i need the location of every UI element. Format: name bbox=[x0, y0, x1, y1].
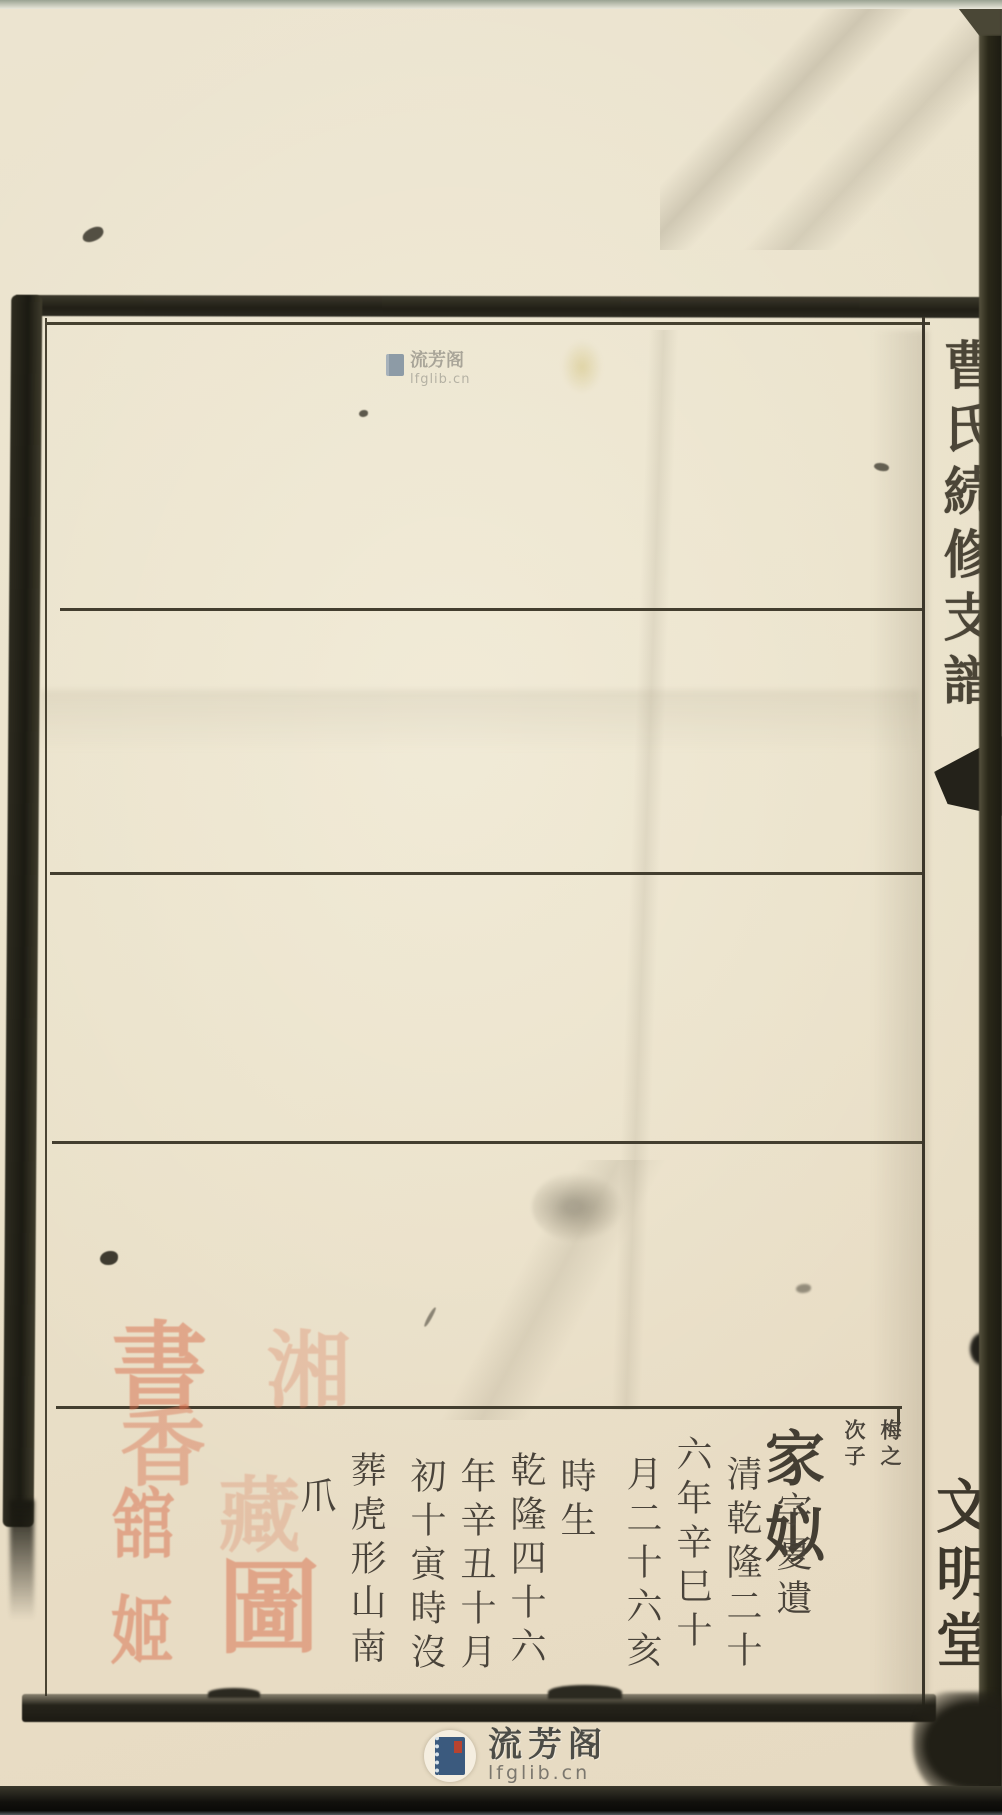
paper-crumple bbox=[532, 1172, 624, 1242]
page-right-edge bbox=[979, 8, 1002, 1792]
paper-crease bbox=[590, 330, 700, 1410]
watermark-site-url: lfglib.cn bbox=[488, 1764, 608, 1784]
frame-inner-top-line bbox=[46, 322, 930, 325]
row-divider bbox=[50, 872, 922, 875]
entry-header: 梅之 次子 家姒 bbox=[817, 1413, 905, 1695]
book-spine-edge-fade bbox=[10, 1500, 34, 1620]
collection-seal-char: 藏 bbox=[212, 1472, 294, 1554]
scanner-bottom-edge bbox=[0, 1786, 1002, 1815]
entry-text-column: 六年辛巳十 bbox=[667, 1413, 717, 1695]
collection-seal-char: 姬 bbox=[106, 1592, 169, 1666]
watermark-site-url: lfglib.cn bbox=[410, 372, 470, 387]
watermark-site-name: 流芳阁 bbox=[410, 351, 470, 372]
frame-bottom-band bbox=[208, 1688, 260, 1698]
collection-seal-char: 湘 bbox=[260, 1326, 344, 1410]
row-divider bbox=[52, 1141, 922, 1144]
entry-text-column: 葬虎形山南 bbox=[341, 1413, 391, 1695]
entry-text-column: 時生 bbox=[551, 1413, 601, 1695]
book-spine-edge bbox=[3, 295, 43, 1527]
entry-text-column: 初十寅時沒 bbox=[401, 1413, 451, 1695]
paper-crease bbox=[40, 690, 920, 780]
scanner-top-edge bbox=[0, 0, 1002, 9]
page-corner-shadow bbox=[913, 1692, 1002, 1798]
watermark-site-name: 流芳阁 bbox=[488, 1728, 608, 1764]
row-divider bbox=[60, 608, 922, 611]
collection-seal-char: 圖 bbox=[210, 1554, 312, 1656]
paper-crease bbox=[280, 1160, 820, 1420]
entry-text-column: 月二十六亥 bbox=[617, 1413, 667, 1695]
watermark-top: 流芳阁 lfglib.cn bbox=[386, 351, 470, 387]
relation-col-left: 次子 bbox=[839, 1419, 869, 1695]
ink-blot bbox=[796, 1284, 811, 1293]
paper-crease bbox=[660, 0, 1000, 250]
watermark-logo-circle bbox=[424, 1730, 476, 1782]
genealogy-entry-block: 梅之 次子 家姒 字夏遺清乾隆二十六年辛巳十月二十六亥時生乾隆四十六年辛丑十月初… bbox=[291, 1413, 905, 1695]
entry-text-column: 字夏遺 bbox=[767, 1413, 817, 1695]
frame-left-line bbox=[45, 318, 47, 1696]
book-icon bbox=[386, 354, 404, 376]
collection-seal-char: 香 bbox=[112, 1402, 198, 1488]
relation-col-right: 梅之 bbox=[875, 1419, 905, 1695]
ink-blot bbox=[80, 225, 105, 245]
frame-top-band bbox=[16, 295, 988, 318]
collection-seal-char: 舘 bbox=[107, 1484, 169, 1560]
entry-text-column: 年辛丑十月 bbox=[451, 1413, 501, 1695]
ink-blot bbox=[100, 1251, 118, 1265]
collection-seal-char: 書 bbox=[104, 1316, 200, 1412]
entry-text-column: 乾隆四十六 bbox=[501, 1413, 551, 1695]
ink-blot bbox=[359, 410, 368, 417]
paper-stain bbox=[560, 338, 604, 396]
frame-bottom-band bbox=[22, 1694, 936, 1722]
book-icon bbox=[435, 1737, 465, 1775]
entry-text-column: 清乾隆二十 bbox=[717, 1413, 767, 1695]
ink-blot bbox=[873, 461, 890, 473]
scanned-genealogy-page: 曹氏続修支譜 文明堂 梅之 次子 家姒 字夏遺清乾隆二十六年辛巳十月二十六亥時生… bbox=[0, 0, 1002, 1815]
watermark-bottom: 流芳阁 lfglib.cn bbox=[424, 1728, 608, 1784]
ink-scratch bbox=[423, 1306, 437, 1327]
relation-label: 梅之 次子 bbox=[839, 1419, 905, 1695]
